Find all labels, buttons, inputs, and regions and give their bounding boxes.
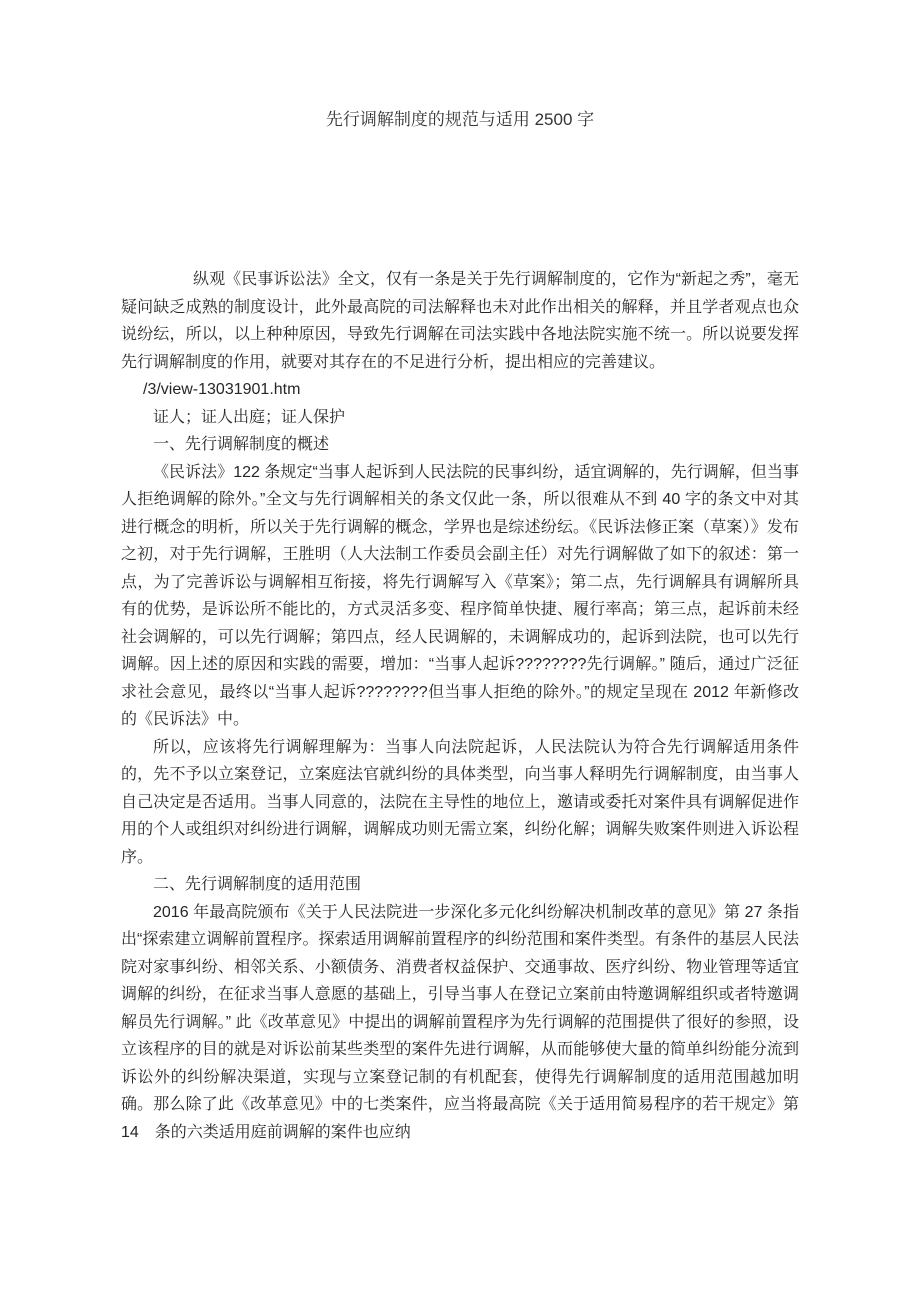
section-1-paragraph-b: 所以，应该将先行调解理解为：当事人向法院起诉，人民法院认为符合先行调解适用条件的… (121, 734, 799, 872)
keywords-line: 证人；证人出庭；证人保护 (121, 404, 799, 432)
document-page: 先行调解制度的规范与适用 2500 字 纵观《民事诉讼法》全文，仅有一条是关于先… (0, 0, 920, 1302)
document-body: 纵观《民事诉讼法》全文，仅有一条是关于先行调解制度的，它作为“新起之秀”，毫无疑… (121, 266, 799, 1146)
source-path-line: /3/view-13031901.htm (121, 376, 799, 404)
section-1-paragraph-a: 《民诉法》122 条规定“当事人起诉到人民法院的民事纠纷，适宜调解的，先行调解，… (121, 459, 799, 734)
intro-paragraph: 纵观《民事诉讼法》全文，仅有一条是关于先行调解制度的，它作为“新起之秀”，毫无疑… (121, 266, 799, 376)
section-2-paragraph-a: 2016 年最高院颁布《关于人民法院进一步深化多元化纠纷解决机制改革的意见》第 … (121, 899, 799, 1147)
section-1-heading: 一、先行调解制度的概述 (121, 431, 799, 459)
section-2-heading: 二、先行调解制度的适用范围 (121, 871, 799, 899)
document-title: 先行调解制度的规范与适用 2500 字 (0, 0, 920, 134)
